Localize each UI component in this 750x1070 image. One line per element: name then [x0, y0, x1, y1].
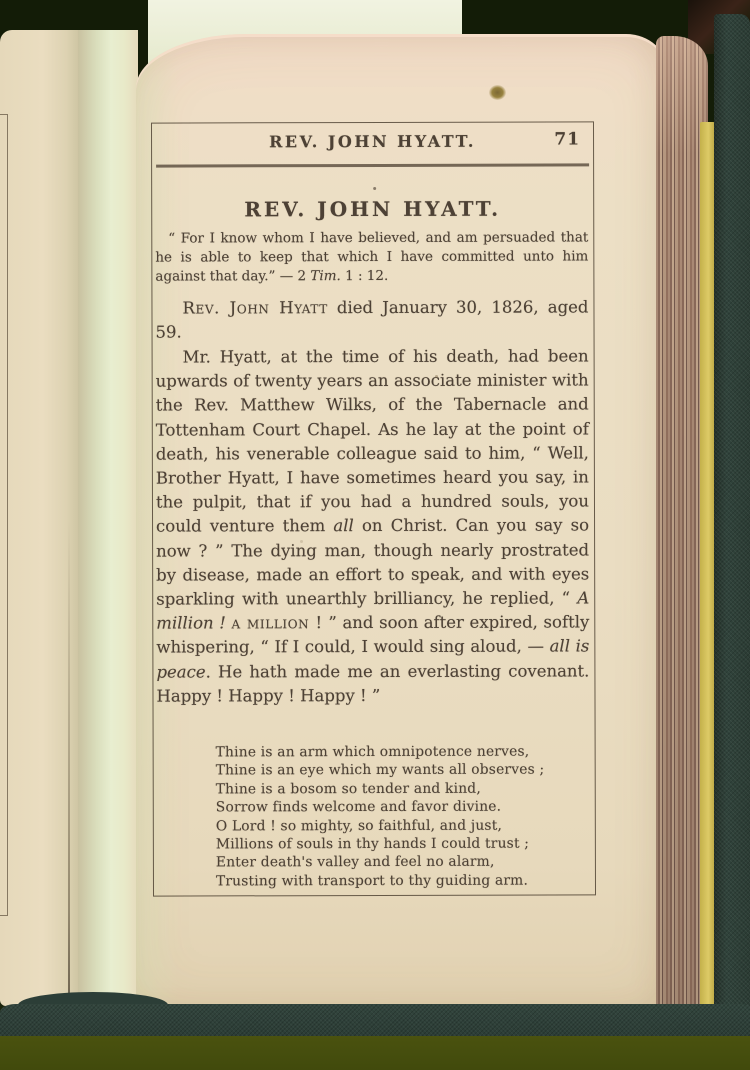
paper-speck: [300, 540, 303, 543]
gutter-fold-line: [68, 520, 70, 1008]
running-header: REV. JOHN HYATT.: [152, 131, 593, 151]
hymn-line: Thine is a bosom so tender and kind,: [216, 779, 545, 798]
hymn-line: Trusting with transport to thy guiding a…: [216, 871, 545, 890]
facing-page-border: [7, 114, 8, 916]
text-segment: Mr. Hyatt, at the time of his death, had…: [156, 346, 589, 536]
hymn-line: Thine is an arm which omnipotence nerves…: [216, 743, 545, 762]
text-segment: Tim.: [310, 268, 340, 284]
facing-page-sliver: [0, 30, 78, 1006]
text-segment: . He hath made me an everlasting covenan…: [156, 661, 589, 705]
book-page: REV. JOHN HYATT. 71 REV. JOHN HYATT. “ F…: [136, 34, 668, 1010]
stain-spot: [489, 85, 506, 100]
text-segment: Rev. John Hyatt: [182, 298, 327, 317]
book-photo: REV. JOHN HYATT. 71 REV. JOHN HYATT. “ F…: [0, 0, 750, 1070]
biography-paragraph: Mr. Hyatt, at the time of his death, had…: [156, 344, 590, 708]
hymn-line: Sorrow finds welcome and favor divine.: [216, 798, 545, 817]
hymn-line: Enter death's valley and feel no alarm,: [216, 853, 545, 872]
death-notice: Rev. John Hyatt died January 30, 1826, a…: [155, 295, 588, 344]
text-segment: 1 : 12.: [341, 268, 389, 284]
book-cover-right: [714, 14, 750, 1044]
title-dot: [373, 187, 376, 190]
header-rule: [156, 163, 589, 167]
hymn-line: O Lord ! so mighty, so faithful, and jus…: [216, 816, 545, 835]
paper-speck: [435, 375, 438, 378]
hymn-line: Millions of souls in thy hands I could t…: [216, 835, 545, 854]
page-number: 71: [554, 129, 580, 149]
page-border: REV. JOHN HYATT. 71 REV. JOHN HYATT. “ F…: [151, 121, 596, 896]
hymn-stanza: Thine is an arm which omnipotence nerves…: [216, 743, 545, 891]
backdrop-surface: [0, 1036, 750, 1070]
hymn-line: Thine is an eye which my wants all obser…: [216, 761, 545, 780]
text-segment: a million !: [231, 613, 322, 632]
text-segment: all: [333, 516, 353, 535]
section-title: REV. JOHN HYATT.: [152, 196, 593, 221]
scripture-epigraph: “ For I know whom I have believed, and a…: [155, 228, 588, 286]
page-gutter: [78, 30, 138, 1008]
gilt-edge: [700, 122, 715, 1012]
